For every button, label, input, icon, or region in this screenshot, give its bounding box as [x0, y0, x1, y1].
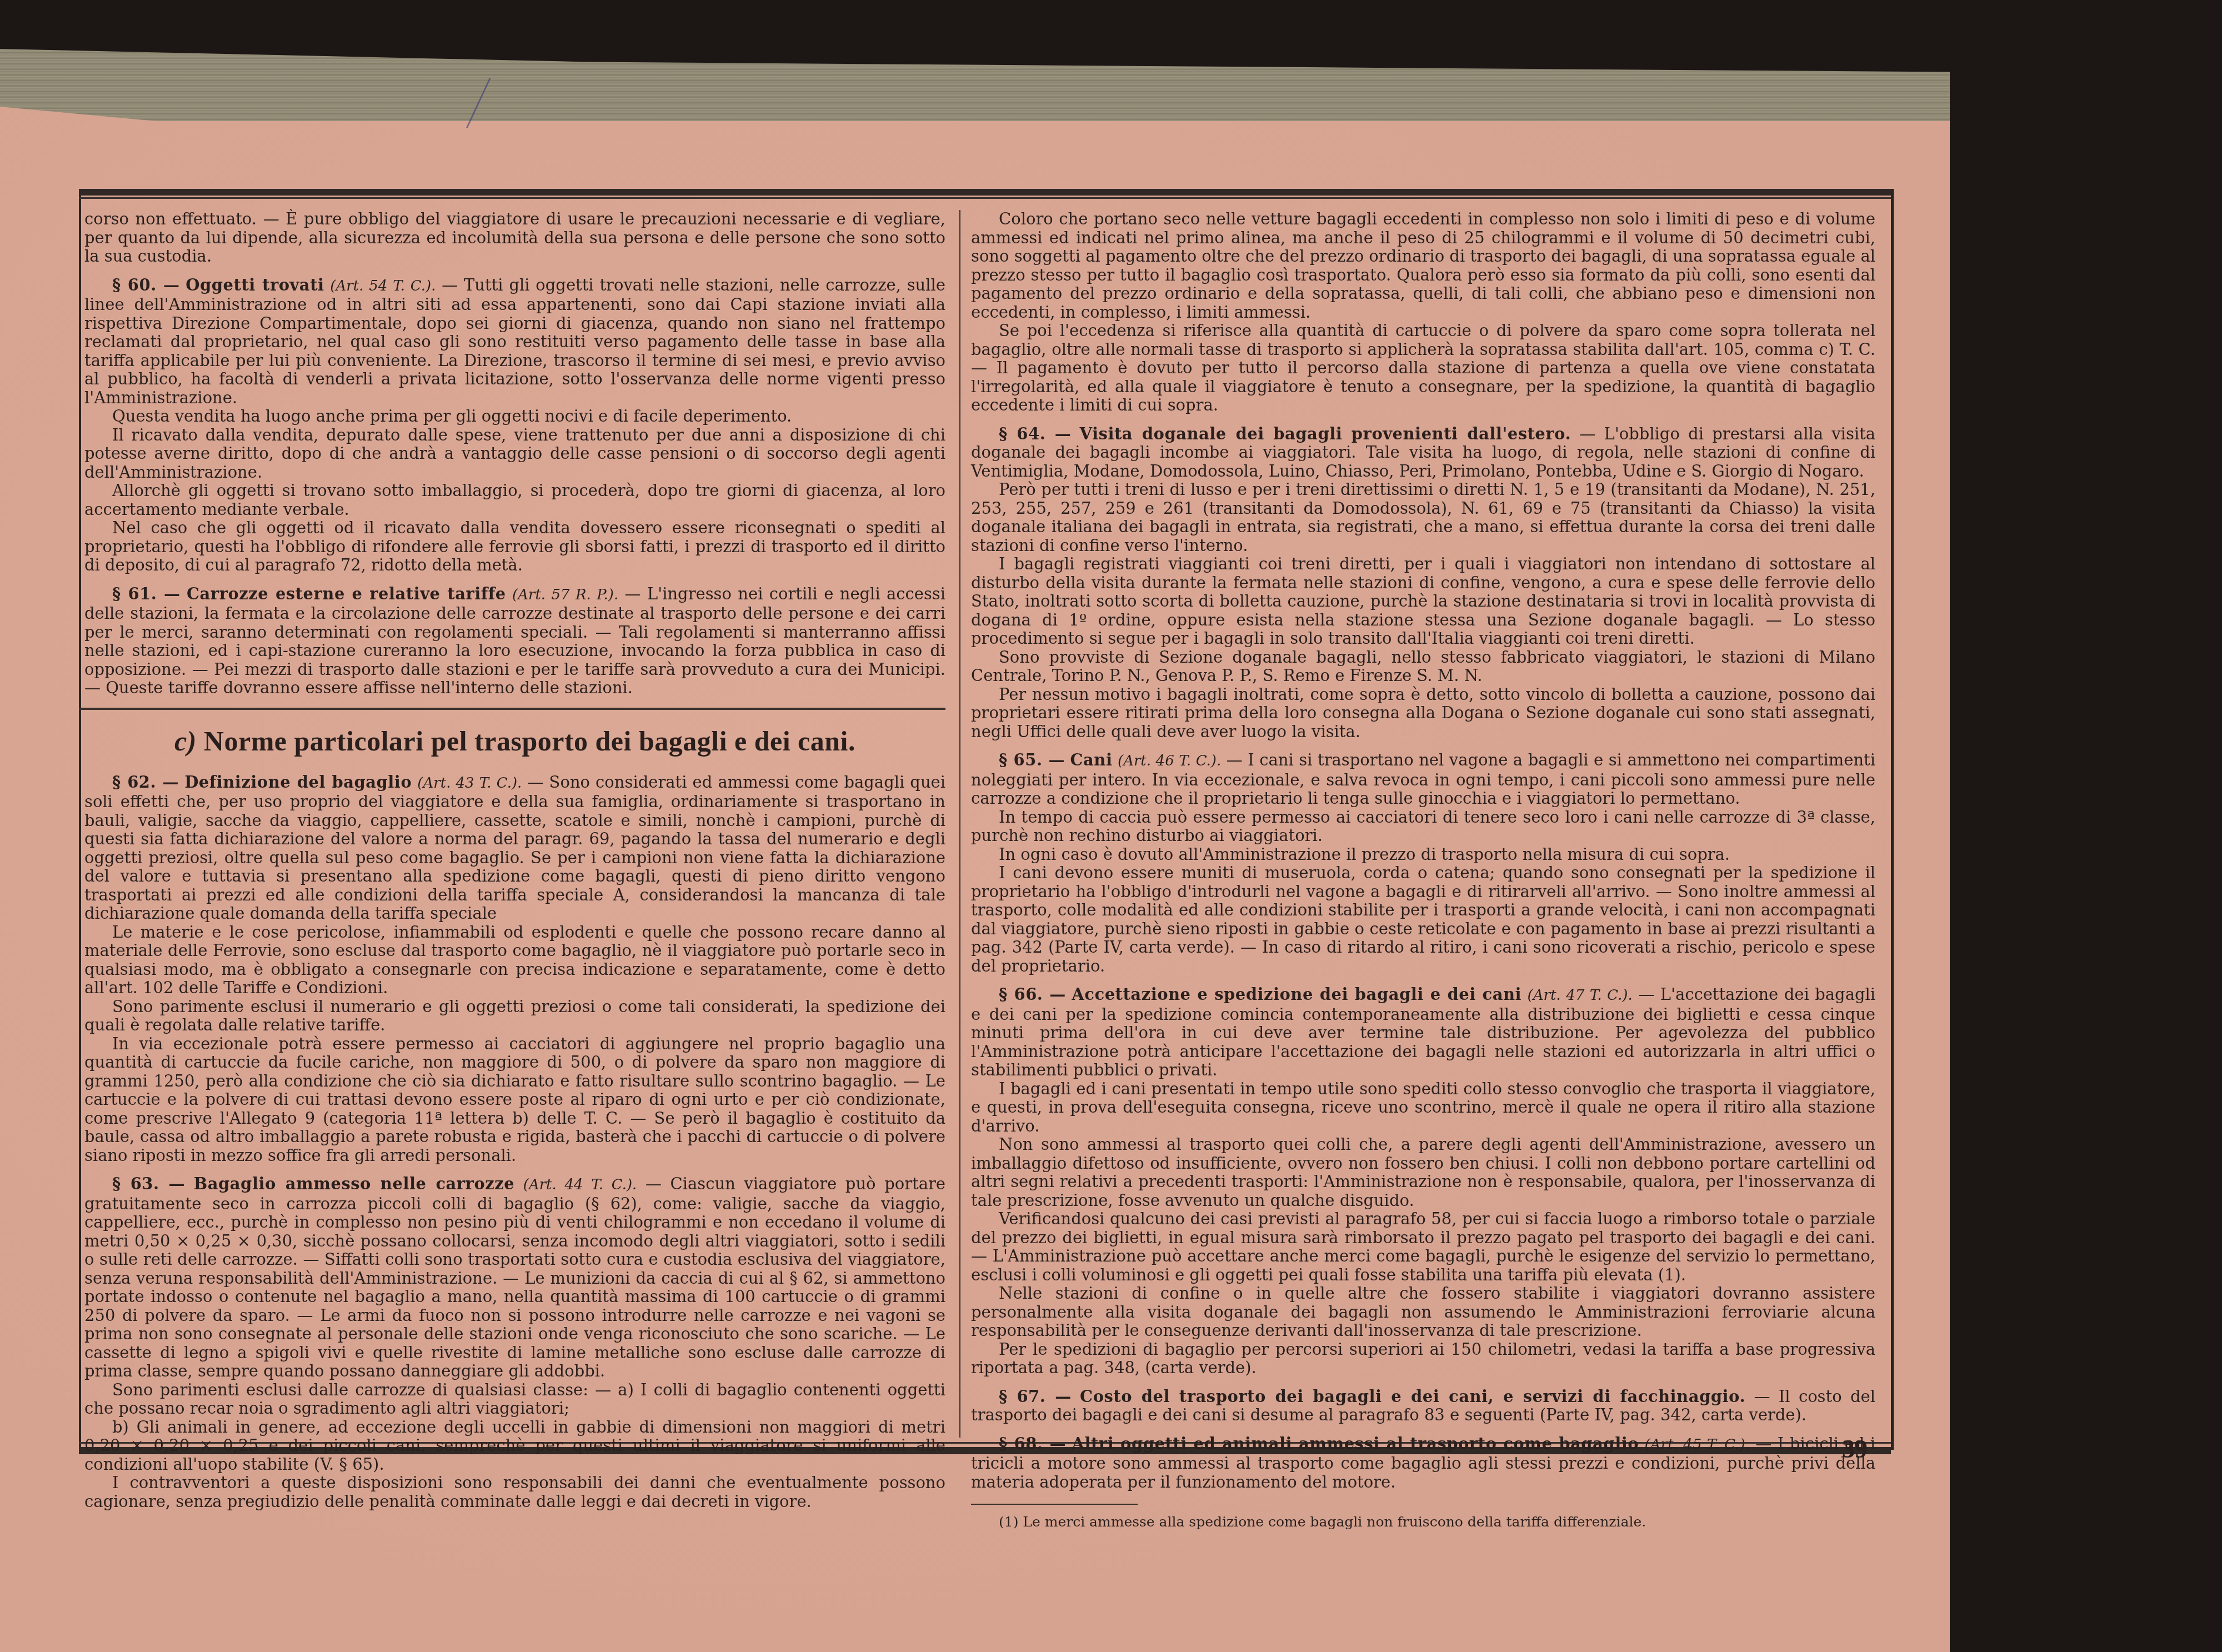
article-reference: (Art. 47 T. C.). [1528, 987, 1633, 1004]
section-number: § 65. — [999, 750, 1065, 769]
paragraph: Sono provviste di Sezione doganale bagag… [971, 648, 1875, 685]
paragraph: Per le spedizioni di bagaglio per percor… [971, 1340, 1875, 1378]
section-number: § 63. — [112, 1174, 185, 1193]
paragraph: Però per tutti i treni di lusso e per i … [971, 480, 1875, 555]
paragraph: I bagagli registrati viaggianti coi tren… [971, 555, 1875, 648]
section-text: — Ciascun viaggiatore può portare gratui… [84, 1174, 945, 1380]
section-number: § 62. — [112, 773, 179, 792]
section-heading: Cani [1070, 750, 1112, 769]
section-67: § 67. — Costo del trasporto dei bagagli … [971, 1388, 1875, 1425]
section-68: § 68. — Altri oggetti ed animali ammessi… [971, 1435, 1875, 1492]
section-heading: Definizione del bagaglio [184, 773, 412, 792]
paragraph: Se poi l'eccedenza si riferisce alla qua… [971, 322, 1875, 415]
section-heading: Visita doganale dei bagagli provenienti … [1080, 424, 1571, 443]
paragraph: b) Gli animali in genere, ad eccezione d… [84, 1418, 945, 1474]
article-reference: (Art. 43 T. C.). [417, 775, 522, 792]
section-number: § 61. — [112, 584, 181, 603]
frame-top-rule [79, 189, 1891, 199]
paragraph: Sono parimente esclusi il numerario e gl… [84, 998, 945, 1035]
section-heading: Costo del trasporto dei bagagli e dei ca… [1080, 1387, 1745, 1406]
paragraph: In ogni caso è dovuto all'Amministrazion… [971, 845, 1875, 864]
paragraph: Allorchè gli oggetti si trovano sotto im… [84, 482, 945, 519]
paragraph: Non sono ammessi al trasporto quei colli… [971, 1135, 1875, 1210]
page-number: 39 [1842, 1434, 1868, 1464]
chapter-letter: c) [174, 725, 197, 757]
article-reference: (Art. 54 T. C.). [330, 278, 436, 294]
paragraph: Il ricavato dalla vendita, depurato dall… [84, 426, 945, 482]
section-number: § 66. — [999, 985, 1066, 1004]
column-divider [959, 210, 960, 1438]
section-60: § 60. — Oggetti trovati (Art. 54 T. C.).… [84, 276, 945, 408]
paragraph: Nelle stazioni di confine o in quelle al… [971, 1284, 1875, 1340]
paragraph: Le materie e le cose pericolose, infiamm… [84, 923, 945, 998]
section-heading: Carrozze esterne e relative tariffe [187, 584, 506, 603]
section-63: § 63. — Bagaglio ammesso nelle carrozze … [84, 1175, 945, 1381]
section-number: § 60. — [112, 276, 179, 294]
section-heading: Altri oggetti ed animali ammessi al tras… [1072, 1434, 1639, 1453]
article-reference: (Art. 46 T. C.). [1118, 753, 1221, 769]
right-column: Coloro che portano seco nelle vetture ba… [971, 210, 1875, 1530]
page-stack-edge [0, 49, 1950, 121]
paragraph: Sono parimenti esclusi dalle carrozze di… [84, 1381, 945, 1418]
horizontal-rule [79, 708, 945, 710]
paragraph: In via eccezionale potrà essere permesso… [84, 1035, 945, 1165]
footnote-rule [971, 1504, 1138, 1505]
article-reference: (Art. 44 T. C.). [523, 1177, 637, 1193]
paragraph: Nel caso che gli oggetti od il ricavato … [84, 519, 945, 575]
article-reference: (Art. 45 T. C.). [1645, 1436, 1750, 1453]
paragraph: Per nessun motivo i bagagli inoltrati, c… [971, 685, 1875, 742]
section-heading: Bagaglio ammesso nelle carrozze [194, 1174, 514, 1193]
section-65: § 65. — Cani (Art. 46 T. C.). — I cani s… [971, 751, 1875, 808]
paragraph: Verificandosi qualcuno dei casi previsti… [971, 1210, 1875, 1284]
section-number: § 68. — [999, 1434, 1066, 1453]
footnote: (1) Le merci ammesse alla spedizione com… [971, 1514, 1875, 1530]
section-text: — Sono considerati ed ammessi come bagag… [84, 773, 945, 923]
section-number: § 67. — [999, 1387, 1072, 1406]
section-heading: Accettazione e spedizione dei bagagli e … [1072, 985, 1522, 1004]
section-62: § 62. — Definizione del bagaglio (Art. 4… [84, 773, 945, 923]
chapter-heading: c) Norme particolari pel trasporto dei b… [84, 723, 945, 759]
section-heading: Oggetti trovati [186, 276, 324, 294]
chapter-title: Norme particolari pel trasporto dei baga… [204, 725, 855, 757]
section-61: § 61. — Carrozze esterne e relative tari… [84, 585, 945, 698]
paragraph: I cani devono essere muniti di museruola… [971, 864, 1875, 975]
section-number: § 64. — [999, 424, 1071, 443]
paragraph: Coloro che portano seco nelle vetture ba… [971, 210, 1875, 322]
paragraph: I contravventori a queste disposizioni s… [84, 1474, 945, 1511]
paragraph: In tempo di caccia può essere permesso a… [971, 808, 1875, 845]
paragraph: corso non effettuato. — È pure obbligo d… [84, 210, 945, 266]
left-column: corso non effettuato. — È pure obbligo d… [84, 210, 945, 1511]
section-66: § 66. — Accettazione e spedizione dei ba… [971, 985, 1875, 1080]
paragraph: Questa vendita ha luogo anche prima per … [84, 407, 945, 426]
paragraph: I bagagli ed i cani presentati in tempo … [971, 1080, 1875, 1136]
section-text: — Tutti gli oggetti trovati nelle stazio… [84, 276, 945, 407]
article-reference: (Art. 57 R. P.). [512, 587, 618, 603]
section-64: § 64. — Visita doganale dei bagagli prov… [971, 425, 1875, 481]
